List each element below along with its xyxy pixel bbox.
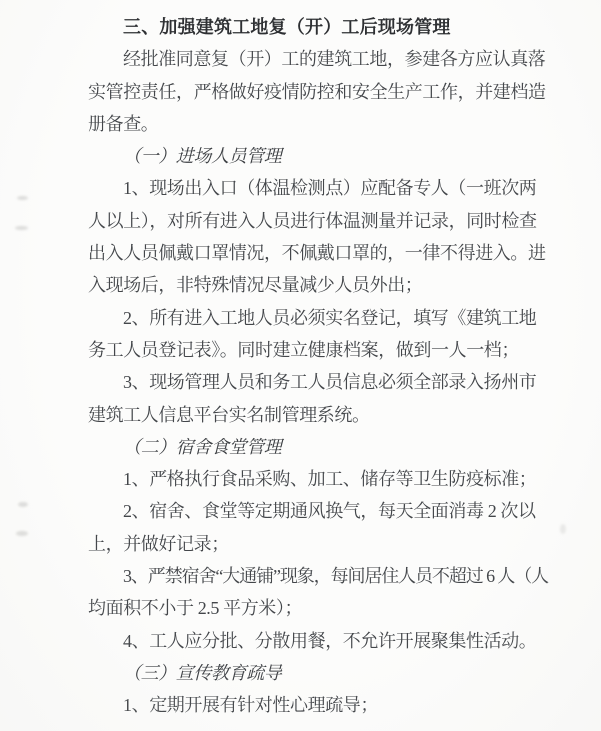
paragraph-line: 上，并做好记录；	[88, 528, 556, 560]
paragraph-line: 1、现场出入口（体温检测点）应配备专人（一班次两	[88, 172, 556, 204]
scan-smudge	[560, 524, 566, 534]
paragraph-line: 经批准同意复（开）工的建筑工地，参建各方应认真落	[88, 43, 556, 75]
paragraph-line: 3、现场管理人员和务工人员信息必须全部录入扬州市	[88, 366, 556, 398]
paragraph-line: 入现场后，非特殊情况尽量减少人员外出；	[88, 269, 556, 301]
paragraph-line: 册备查。	[88, 108, 556, 140]
scan-smudge	[18, 502, 28, 507]
section-heading-2: （二）宿舍食堂管理	[88, 431, 556, 463]
section-heading-3: （三）宣传教育疏导	[88, 657, 556, 689]
paragraph-line: 出入人员佩戴口罩情况，不佩戴口罩的，一律不得进入。进	[88, 237, 556, 269]
scan-smudge	[15, 226, 28, 230]
paragraph-line: 务工人员登记表》。同时建立健康档案，做到一人一档；	[88, 334, 556, 366]
paragraph-line: 均面积不小于 2.5 平方米）；	[88, 592, 556, 624]
paragraph-line: 3、严禁宿舍“大通铺”现象，每间居住人员不超过 6 人（人	[88, 560, 556, 592]
scan-smudge	[17, 196, 28, 200]
paragraph-line: 4、工人应分批、分散用餐，不允许开展聚集性活动。	[88, 625, 556, 657]
scan-smudge	[16, 531, 28, 536]
section-heading-1: （一）进场人员管理	[88, 140, 556, 172]
document-text-column: 三、加强建筑工地复（开）工后现场管理 经批准同意复（开）工的建筑工地，参建各方应…	[88, 11, 556, 722]
paragraph-line: 1、定期开展有针对性心理疏导；	[88, 689, 556, 721]
paragraph-line: 1、严格执行食品采购、加工、储存等卫生防疫标准；	[88, 463, 556, 495]
document-title: 三、加强建筑工地复（开）工后现场管理	[88, 11, 556, 43]
paragraph-line: 建筑工人信息平台实名制管理系统。	[88, 399, 556, 431]
paragraph-line: 2、宿舍、食堂等定期通风换气，每天全面消毒 2 次以	[88, 495, 556, 527]
paragraph-line: 实管控责任，严格做好疫情防控和安全生产工作，并建档造	[88, 76, 556, 108]
paragraph-line: 2、所有进入工地人员必须实名登记，填写《建筑工地	[88, 302, 556, 334]
paragraph-line: 人以上），对所有进入人员进行体温测量并记录，同时检查	[88, 205, 556, 237]
scanned-document-page: 三、加强建筑工地复（开）工后现场管理 经批准同意复（开）工的建筑工地，参建各方应…	[0, 0, 601, 731]
